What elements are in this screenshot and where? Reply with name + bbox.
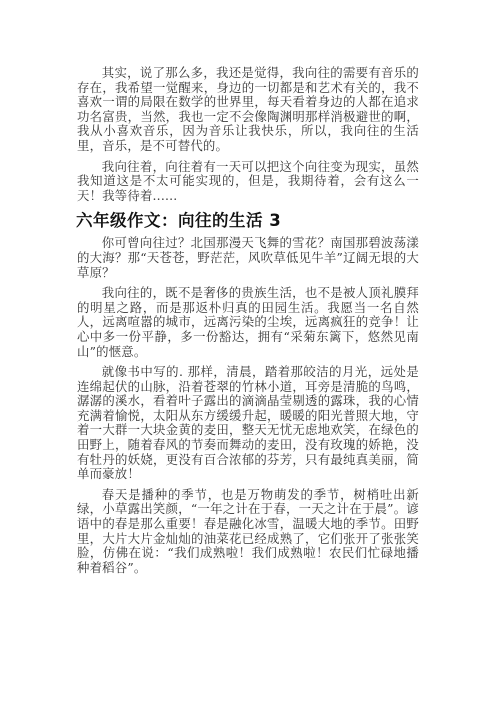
paragraph-morning: 就像书中写的. 那样，清晨，踏着那皎洁的月光，远处是连绵起伏的山脉，沿着苍翠的竹…: [77, 365, 419, 482]
paragraph-spring: 春天是播种的季节，也是万物萌发的季节，树梢吐出新绿，小草露出笑颜，“一年之计在于…: [77, 488, 419, 576]
heading-spacer: [77, 203, 419, 210]
paragraph-pastoral: 我向往的，既不是奢侈的贵族生活，也不是被人顶礼膜拜的明星之路，而是那返朴归真的田…: [77, 286, 419, 359]
document-page: 其实，说了那么多，我还是觉得，我向往的需要有音乐的存在，我希望一觉醒来，身边的一…: [77, 66, 419, 575]
paragraph-question: 你可曾向往过？北国那漫天飞舞的雪花？南国那碧波荡漾的大海？那“天苍苍，野茫茫，风…: [77, 236, 419, 280]
paragraph-longing: 我向往着，向往着有一天可以把这个向往变为现实，虽然我知道这是不太可能实现的，但是…: [77, 160, 419, 204]
essay-heading: 六年级作文：向往的生活 3: [76, 210, 419, 232]
paragraph-music: 其实，说了那么多，我还是觉得，我向往的需要有音乐的存在，我希望一觉醒来，身边的一…: [77, 66, 419, 154]
